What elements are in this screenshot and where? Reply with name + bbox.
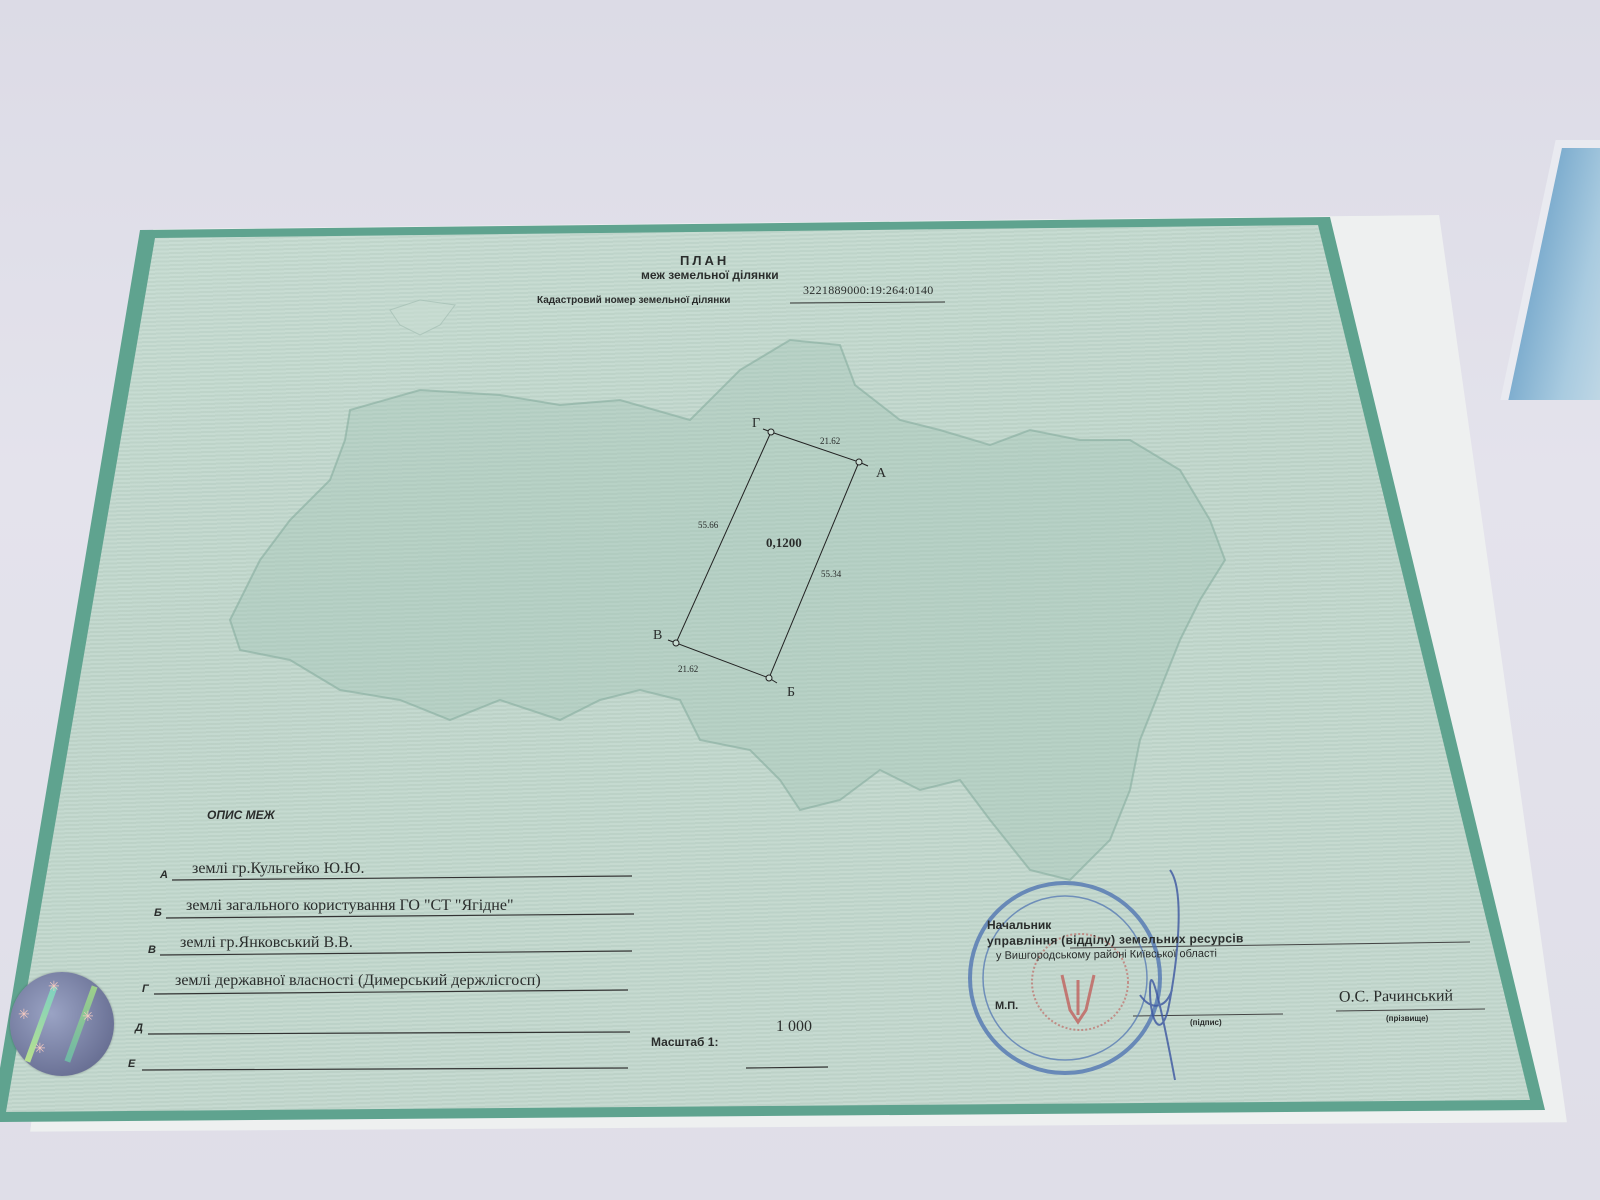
boundary-text-b: землі загального користування ГО "СТ "Яг… <box>186 897 513 915</box>
official-name: О.С. Рачинський <box>1339 987 1453 1006</box>
boundary-text-a: землі гр.Кульгейко Ю.Ю. <box>192 860 364 878</box>
plot-area: 0,1200 <box>766 535 802 551</box>
name-caption: (прізвище) <box>1386 1014 1428 1023</box>
star-icon: ✳ <box>82 1008 94 1025</box>
official-stamp <box>970 883 1160 1073</box>
watermark-emblem <box>390 300 455 335</box>
signatory-department: управління (відділу) земельних ресурсів <box>987 931 1244 948</box>
side-length-ab: 55.34 <box>821 569 841 579</box>
vertex-label-a: А <box>876 466 886 482</box>
vertex-label-b: Б <box>787 685 795 701</box>
document-subtitle: меж земельної ділянки <box>641 268 779 282</box>
stamp-mark: М.П. <box>995 1000 1018 1012</box>
vertex-label-v: В <box>653 628 662 644</box>
boundary-letter-b: Б <box>154 907 162 919</box>
scale-label: Масштаб 1: <box>651 1035 718 1049</box>
hologram-sticker: ✳ ✳ ✳ ✳ <box>10 972 114 1076</box>
map-silhouette <box>230 340 1225 880</box>
boundary-letter-d: Д <box>135 1022 143 1034</box>
boundary-letter-a: А <box>160 869 168 881</box>
side-length-ga: 21.62 <box>820 436 840 446</box>
vertex-label-g: Г <box>752 416 760 432</box>
cadastral-label: Кадастровий номер земельної ділянки <box>537 295 730 306</box>
boundaries-heading: ОПИС МЕЖ <box>207 808 275 822</box>
boundary-letter-g: Г <box>142 983 149 995</box>
boundary-letter-e: Е <box>128 1058 135 1070</box>
signatory-region: у Вишгородському районі Київської област… <box>996 948 1217 962</box>
star-icon: ✳ <box>48 978 60 995</box>
boundary-text-v: землі гр.Янковський В.В. <box>180 934 353 952</box>
signatory-position: Начальник <box>987 918 1051 932</box>
boundary-text-g: землі державної власності (Димерський де… <box>175 972 541 990</box>
document-title: ПЛАН <box>680 253 729 268</box>
cadastral-number: 3221889000:19:264:0140 <box>803 283 934 298</box>
star-icon: ✳ <box>34 1040 46 1057</box>
star-icon: ✳ <box>18 1006 30 1023</box>
signature-caption: (підпис) <box>1190 1018 1222 1027</box>
side-length-vg: 55.66 <box>698 520 718 530</box>
side-length-bv: 21.62 <box>678 664 698 674</box>
scale-value: 1 000 <box>776 1018 812 1036</box>
boundary-letter-v: В <box>148 944 156 956</box>
